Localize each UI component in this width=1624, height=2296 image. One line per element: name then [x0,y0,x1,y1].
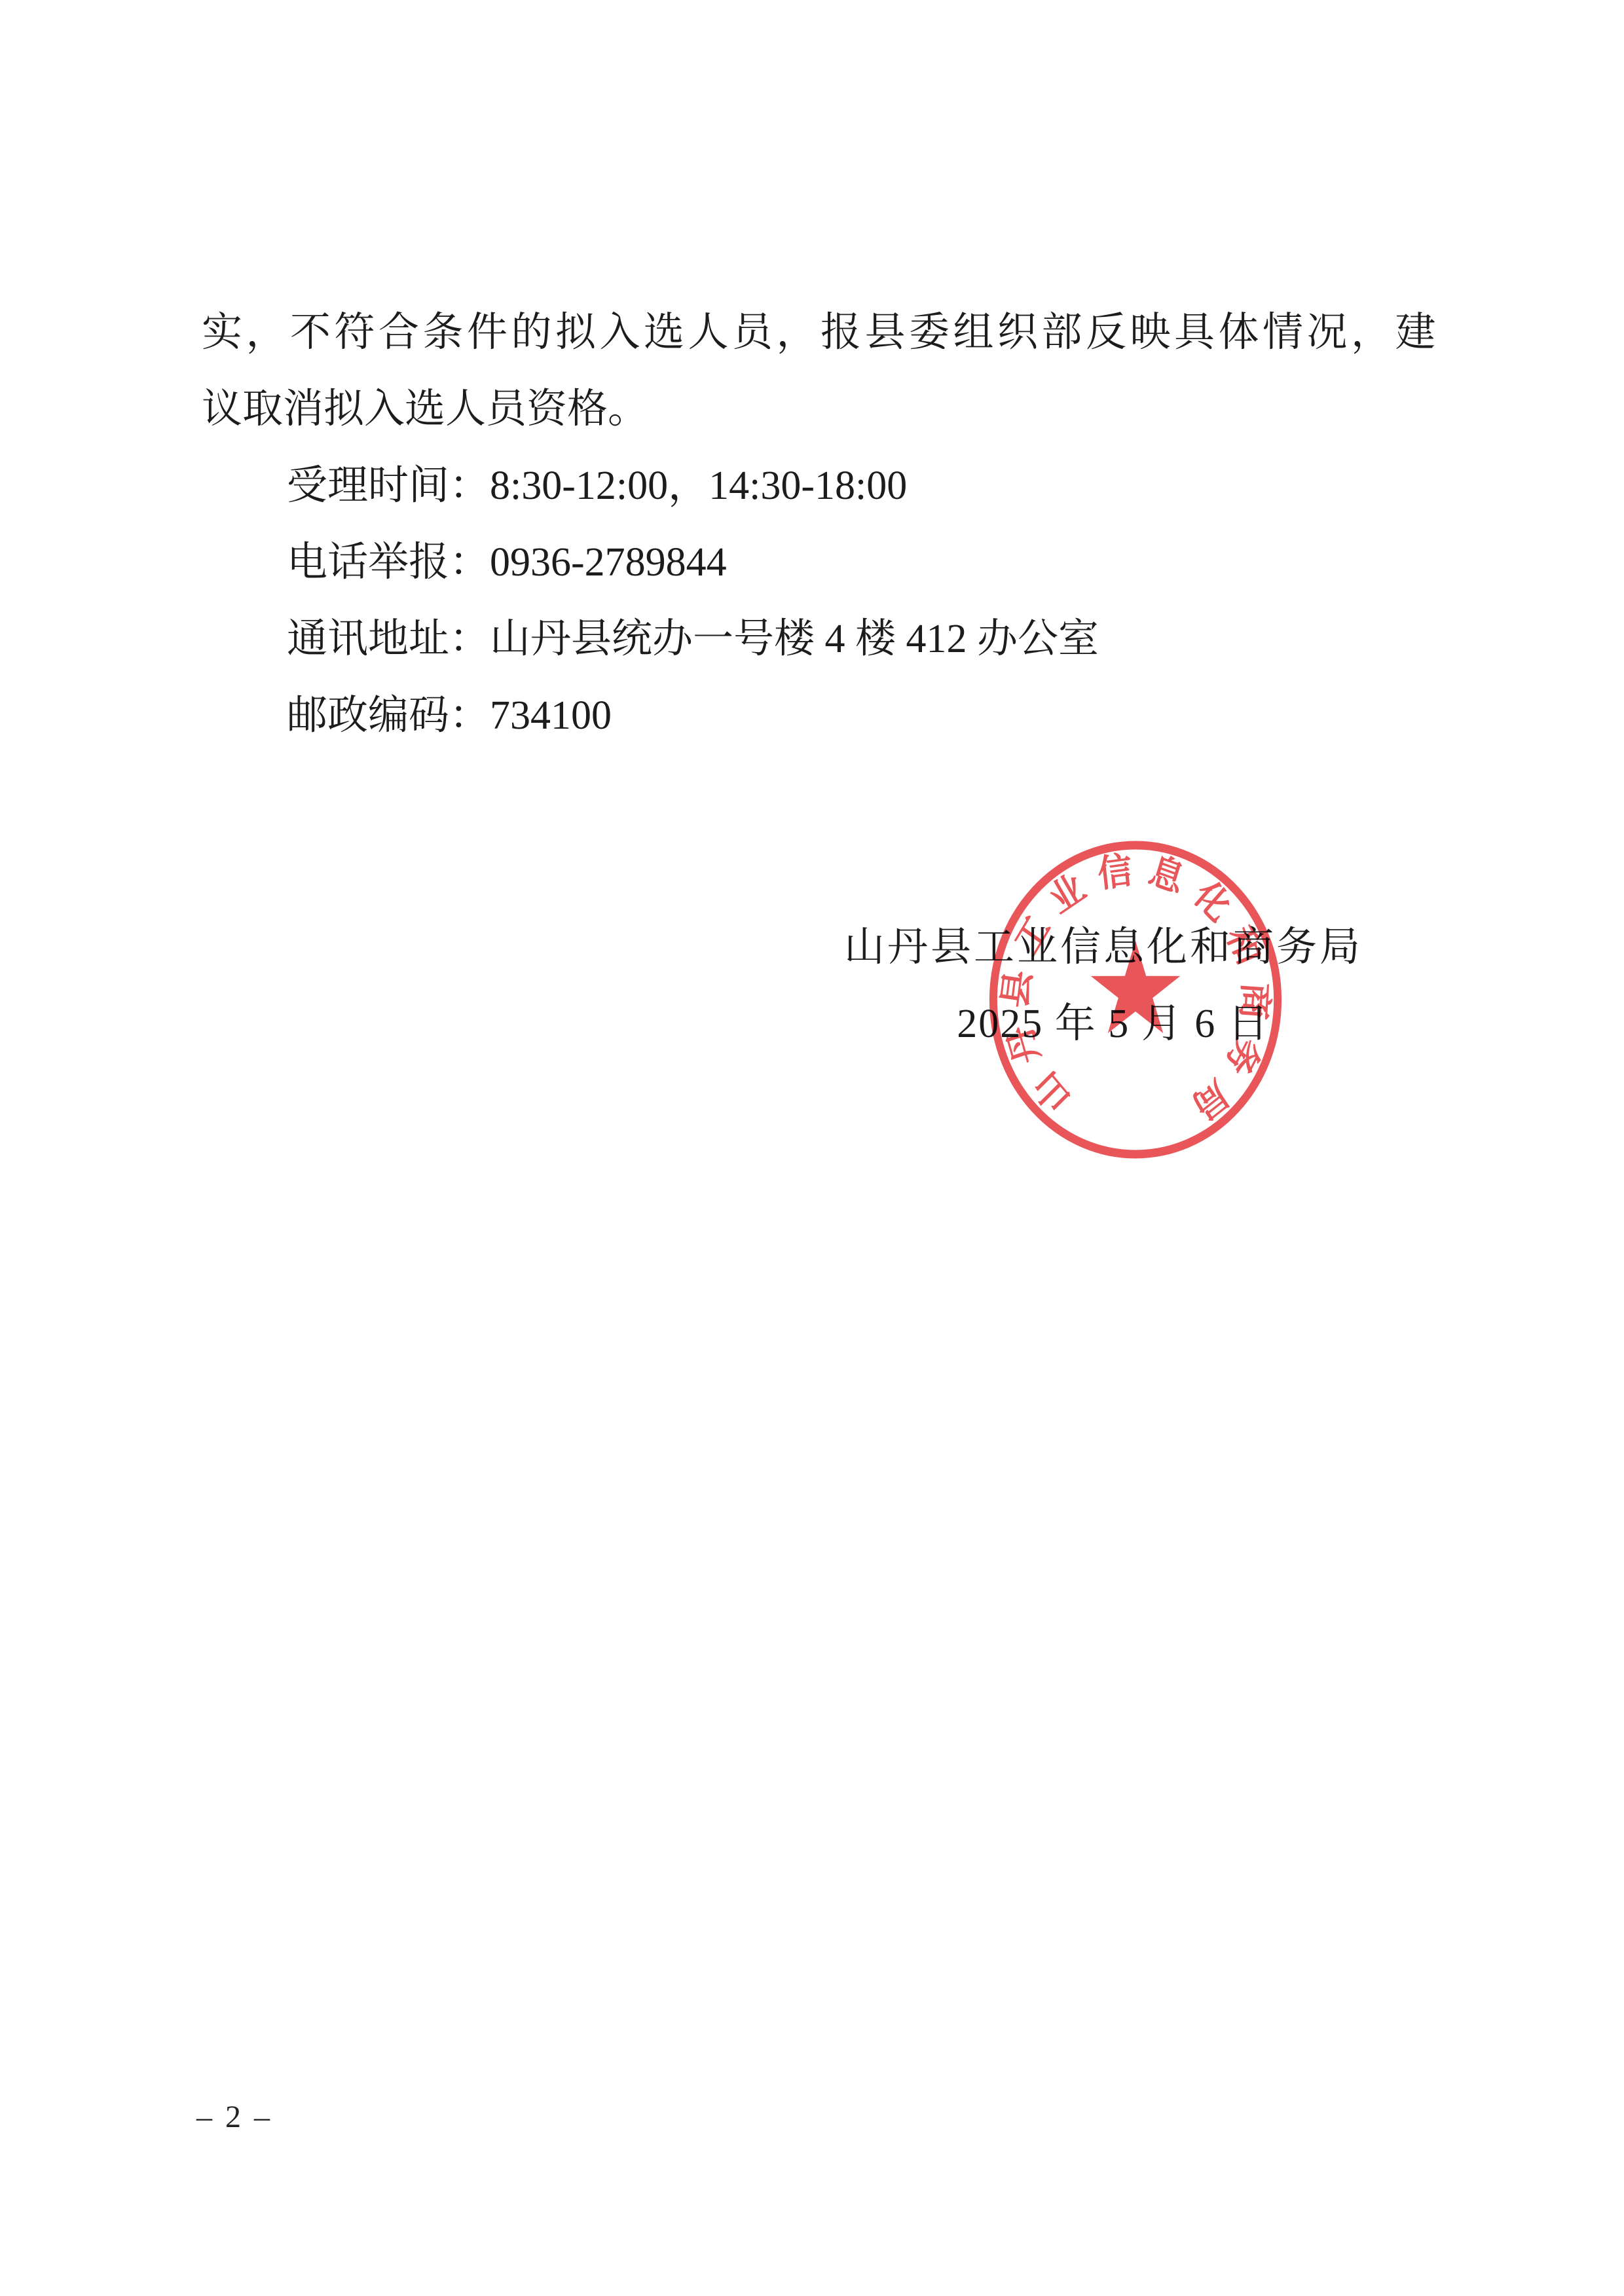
body-line: 议取消拟入选人员资格。 [202,371,1446,448]
body-line: 实，不符合条件的拟入选人员，报县委组织部反映具体情况，建 [202,295,1446,371]
body-line-address: 通讯地址：山丹县统办一号楼 4 楼 412 办公室 [202,601,1446,678]
body-text-block: 实，不符合条件的拟入选人员，报县委组织部反映具体情况，建 议取消拟入选人员资格。… [202,295,1446,754]
seal-star-icon [1091,941,1181,1033]
body-line-phone: 电话举报：0936-2789844 [202,524,1446,601]
page-number: – 2 – [196,2099,272,2136]
official-seal-stamp-icon: 山丹县工业信息化和商务局 [985,836,1286,1163]
body-line-postcode: 邮政编码：734100 [202,678,1446,754]
document-page: 实，不符合条件的拟入选人员，报县委组织部反映具体情况，建 议取消拟入选人员资格。… [0,0,1624,2296]
body-line-reception-time: 受理时间：8:30-12:00，14:30-18:00 [202,448,1446,524]
